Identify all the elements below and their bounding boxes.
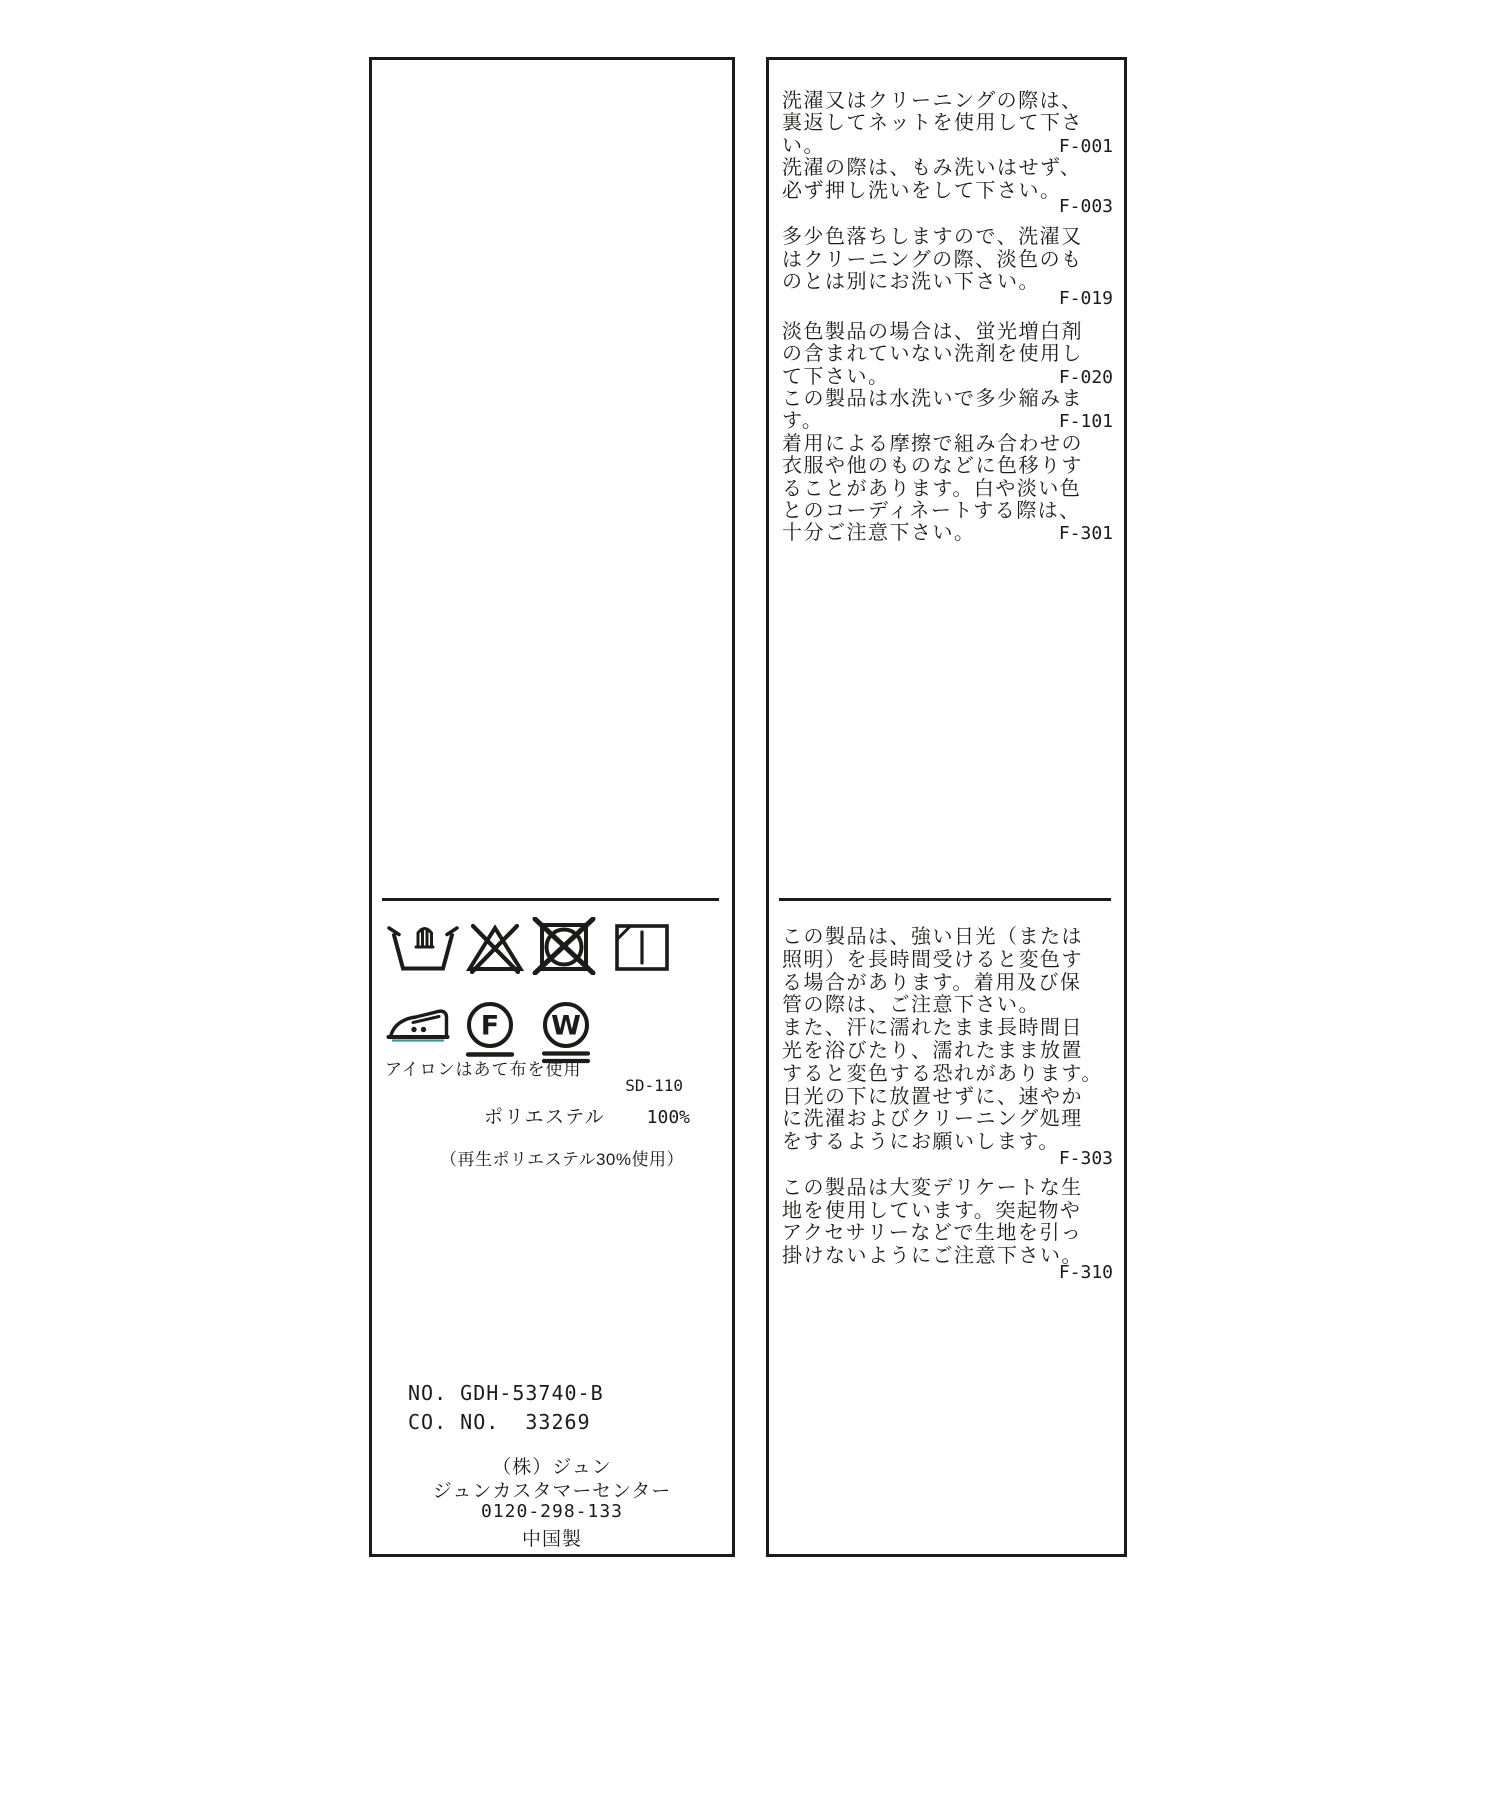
- care-line: とのコーディネートする際は、: [782, 494, 1113, 516]
- care-line: 衣服や他のものなどに色移りす: [782, 449, 1113, 471]
- iron-pressing-cloth-note: アイロンはあて布を使用: [385, 1055, 581, 1080]
- care-code: F-003: [1059, 196, 1113, 217]
- care-line: 地を使用しています。突起物や: [782, 1194, 1113, 1217]
- care-label-right-panel: 洗濯又はクリーニングの際は、 裏返してネットを使用して下さ い。F-001 洗濯…: [766, 57, 1127, 1557]
- care-label-left-panel: F W アイロンはあて布を使用 SD-110 ポリエステル 100% （再生ポリ…: [369, 57, 735, 1557]
- care-line: また、汗に濡れたまま長時間日: [782, 1011, 1113, 1034]
- care-line: 日光の下に放置せずに、速やか: [782, 1080, 1113, 1103]
- care-instructions-top: 洗濯又はクリーニングの際は、 裏返してネットを使用して下さ い。F-001 洗濯…: [782, 84, 1113, 539]
- company-name: （株）ジュン: [372, 1452, 732, 1479]
- drip-dry-in-shade-icon: [612, 921, 672, 973]
- care-instructions-bottom: この製品は、強い日光（または 照明）を長時間受けると変色す る場合があります。着…: [782, 920, 1113, 1285]
- care-code: F-019: [1059, 288, 1113, 309]
- dry-clean-F-icon: F: [465, 1001, 515, 1059]
- care-line: 洗濯又はクリーニングの際は、: [782, 84, 1113, 106]
- care-line: 淡色製品の場合は、蛍光増白剤: [782, 315, 1113, 337]
- color-number: CO. NO. 33269: [408, 1410, 591, 1434]
- sd-code: SD-110: [571, 1076, 683, 1095]
- care-line: の含まれていない洗剤を使用し: [782, 337, 1113, 359]
- care-code: F-301: [1059, 523, 1113, 544]
- care-line: はクリーニングの際、淡色のも: [782, 243, 1113, 265]
- iron-low-icon: [386, 1001, 450, 1045]
- product-number: NO. GDH-53740-B: [408, 1381, 604, 1405]
- care-line: 照明）を長時間受けると変色す: [782, 943, 1113, 966]
- dry-clean-letter: F: [481, 1011, 499, 1042]
- fabric-composition: ポリエステル 100%: [484, 1102, 690, 1129]
- care-code: F-303: [1059, 1148, 1113, 1169]
- care-line: 洗濯の際は、もみ洗いはせず、: [782, 151, 1113, 173]
- care-line: すると変色する恐れがあります。: [782, 1057, 1113, 1080]
- care-line: この製品は大変デリケートな生: [782, 1171, 1113, 1194]
- care-line: 裏返してネットを使用して下さ: [782, 106, 1113, 128]
- care-line: 掛けないようにご注意下さい。: [782, 1239, 1113, 1262]
- care-line: アクセサリーなどで生地を引っ: [782, 1216, 1113, 1239]
- do-not-bleach-icon: [464, 921, 526, 974]
- wet-clean-letter: W: [551, 1011, 581, 1042]
- fabric-material: ポリエステル: [484, 1102, 605, 1129]
- care-line: 多少色落ちしますので、洗濯又: [782, 220, 1113, 242]
- care-line: 光を浴びたり、濡れたまま放置: [782, 1034, 1113, 1057]
- right-panel-divider: [779, 898, 1111, 901]
- country-of-origin: 中国製: [372, 1524, 732, 1551]
- recycled-note: （再生ポリエステル30%使用）: [440, 1145, 684, 1170]
- hand-wash-icon: [386, 922, 460, 973]
- care-label-sheet: F W アイロンはあて布を使用 SD-110 ポリエステル 100% （再生ポリ…: [0, 0, 1500, 1800]
- phone-number: 0120-298-133: [372, 1501, 732, 1522]
- fabric-percent: 100%: [647, 1107, 690, 1128]
- customer-center: ジュンカスタマーセンター: [372, 1476, 732, 1503]
- do-not-tumble-dry-icon: [531, 917, 597, 975]
- care-code: F-310: [1059, 1262, 1113, 1283]
- care-line: に洗濯およびクリーニング処理: [782, 1102, 1113, 1125]
- care-line: この製品は水洗いで多少縮みま: [782, 382, 1113, 404]
- care-line: る場合があります。着用及び保: [782, 966, 1113, 989]
- left-panel-divider: [382, 898, 719, 901]
- care-line: 着用による摩擦で組み合わせの: [782, 427, 1113, 449]
- care-line: この製品は、強い日光（または: [782, 920, 1113, 943]
- care-line: ることがあります。白や淡い色: [782, 472, 1113, 494]
